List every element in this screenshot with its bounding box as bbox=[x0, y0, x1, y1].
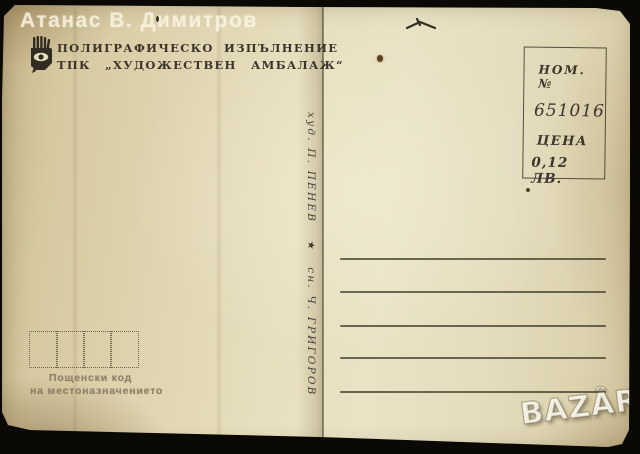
scanned-postcard-photo: Атанас В. Димитров ПОЛИГРАФИЧЕСКО ИЗПЪЛН… bbox=[0, 0, 640, 454]
postcard-back: Атанас В. Димитров ПОЛИГРАФИЧЕСКО ИЗПЪЛН… bbox=[0, 0, 640, 454]
postal-code-box bbox=[110, 331, 139, 368]
postal-code-box bbox=[83, 331, 112, 368]
number-price-box: НОМ. № 651016 ЦЕНА 0,12 ЛВ. bbox=[522, 46, 607, 179]
credits-vertical-text: худ. П. ПЕНЕВ ★ сн. Ч. ГРИГОРОВ bbox=[305, 112, 317, 397]
postal-caption-line1: Пощенски код bbox=[49, 372, 200, 385]
printing-house-logo-icon bbox=[28, 36, 56, 73]
artist-credit: худ. П. ПЕНЕВ bbox=[305, 112, 317, 223]
postal-code-box bbox=[29, 331, 58, 368]
ink-stain bbox=[377, 55, 383, 62]
printer-caption-line1: ПОЛИГРАФИЧЕСКО ИЗПЪЛНЕНИЕ bbox=[57, 41, 344, 55]
owner-watermark: Атанас В. Димитров bbox=[20, 9, 258, 33]
printer-caption-line2: ТПК „ХУДОЖЕСТВЕН АМБАЛАЖ“ bbox=[57, 58, 344, 72]
postal-caption-line2: на местоназначението bbox=[30, 385, 200, 398]
number-label: НОМ. № bbox=[538, 63, 605, 92]
price-label: ЦЕНА bbox=[537, 134, 605, 150]
address-line bbox=[340, 291, 606, 293]
postal-code-caption: Пощенски код на местоназначението bbox=[30, 372, 200, 398]
postal-code-box bbox=[56, 331, 85, 368]
postal-code-grid bbox=[29, 331, 139, 368]
pen-scribble-mark bbox=[405, 17, 439, 33]
number-value: 651016 bbox=[534, 101, 605, 122]
address-line bbox=[340, 258, 606, 260]
printer-caption: ПОЛИГРАФИЧЕСКО ИЗПЪЛНЕНИЕ ТПК „ХУДОЖЕСТВ… bbox=[57, 41, 344, 72]
ink-speck bbox=[526, 188, 530, 192]
address-line bbox=[340, 325, 606, 327]
address-line bbox=[340, 357, 606, 359]
ink-speck bbox=[156, 16, 159, 22]
star-icon: ★ bbox=[305, 241, 316, 250]
price-value: 0,12 ЛВ. bbox=[531, 155, 604, 188]
photographer-credit: сн. Ч. ГРИГОРОВ bbox=[305, 267, 317, 396]
